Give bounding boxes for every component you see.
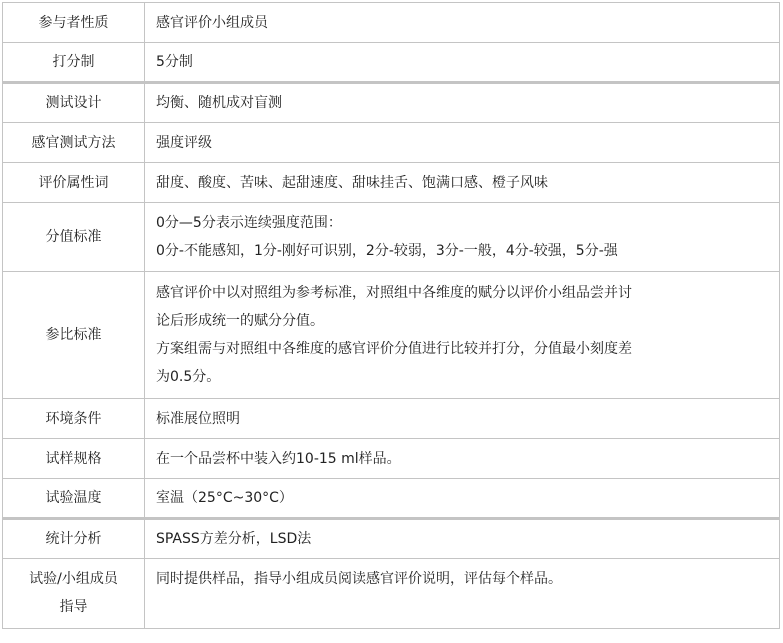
value-text: 0分—5分表示连续强度范围： [156,209,771,237]
value-text: 标准展位照明 [156,405,771,433]
value-text: 在一个品尝杯中装入约10-15 ml样品。 [156,445,771,473]
row-value: 标准展位照明 [145,399,780,439]
row-value: 同时提供样品，指导小组成员阅读感官评价说明，评估每个样品。 [145,559,780,629]
value-text: 同时提供样品，指导小组成员阅读感官评价说明，评估每个样品。 [156,565,771,593]
sensory-test-parameters-table: 参与者性质 感官评价小组成员 打分制 5分制 测试设计 均衡、随机成对盲测 感官… [2,2,780,629]
value-text: 论后形成统一的赋分分值。 [156,307,771,335]
table-row: 感官测试方法 强度评级 [3,123,780,163]
table-row: 打分制 5分制 [3,43,780,83]
table-row: 试验温度 室温（25°C~30°C） [3,479,780,519]
value-text: SPASS方差分析，LSD法 [156,525,771,553]
row-value: 感官评价小组成员 [145,3,780,43]
table-row: 测试设计 均衡、随机成对盲测 [3,83,780,123]
row-value: 均衡、随机成对盲测 [145,83,780,123]
row-label: 统计分析 [3,519,145,559]
value-text: 强度评级 [156,129,771,157]
row-value: 强度评级 [145,123,780,163]
label-text: 试验/小组成员 [3,565,144,593]
table-row: 试样规格 在一个品尝杯中装入约10-15 ml样品。 [3,439,780,479]
row-value: 在一个品尝杯中装入约10-15 ml样品。 [145,439,780,479]
row-label: 试验温度 [3,479,145,519]
value-text: 5分制 [156,48,771,76]
value-text: 0分-不能感知，1分-刚好可识别，2分-较弱，3分-一般，4分-较强，5分-强 [156,237,771,265]
row-value: 0分—5分表示连续强度范围： 0分-不能感知，1分-刚好可识别，2分-较弱，3分… [145,203,780,272]
table-row: 参与者性质 感官评价小组成员 [3,3,780,43]
value-text: 甜度、酸度、苦味、起甜速度、甜味挂舌、饱满口感、橙子风味 [156,169,771,197]
value-text: 方案组需与对照组中各维度的感官评价分值进行比较并打分，分值最小刻度差 [156,335,771,363]
row-label: 感官测试方法 [3,123,145,163]
table-row: 评价属性词 甜度、酸度、苦味、起甜速度、甜味挂舌、饱满口感、橙子风味 [3,163,780,203]
row-value: 感官评价中以对照组为参考标准，对照组中各维度的赋分以评价小组品尝并讨 论后形成统… [145,272,780,399]
table-row: 环境条件 标准展位照明 [3,399,780,439]
row-label: 参与者性质 [3,3,145,43]
value-text: 室温（25°C~30°C） [156,484,771,512]
row-value: 室温（25°C~30°C） [145,479,780,519]
row-label: 试验/小组成员 指导 [3,559,145,629]
row-value: 5分制 [145,43,780,83]
table-row: 统计分析 SPASS方差分析，LSD法 [3,519,780,559]
value-text: 为0.5分。 [156,363,771,391]
row-value: 甜度、酸度、苦味、起甜速度、甜味挂舌、饱满口感、橙子风味 [145,163,780,203]
row-label: 分值标准 [3,203,145,272]
row-label: 测试设计 [3,83,145,123]
row-label: 参比标准 [3,272,145,399]
table-row: 分值标准 0分—5分表示连续强度范围： 0分-不能感知，1分-刚好可识别，2分-… [3,203,780,272]
row-value: SPASS方差分析，LSD法 [145,519,780,559]
value-text: 均衡、随机成对盲测 [156,89,771,117]
value-text: 感官评价小组成员 [156,9,771,37]
row-label: 环境条件 [3,399,145,439]
row-label: 试样规格 [3,439,145,479]
row-label: 打分制 [3,43,145,83]
label-text: 指导 [3,593,144,621]
row-label: 评价属性词 [3,163,145,203]
table-row: 参比标准 感官评价中以对照组为参考标准，对照组中各维度的赋分以评价小组品尝并讨 … [3,272,780,399]
table-row: 试验/小组成员 指导 同时提供样品，指导小组成员阅读感官评价说明，评估每个样品。 [3,559,780,629]
value-text: 感官评价中以对照组为参考标准，对照组中各维度的赋分以评价小组品尝并讨 [156,279,771,307]
